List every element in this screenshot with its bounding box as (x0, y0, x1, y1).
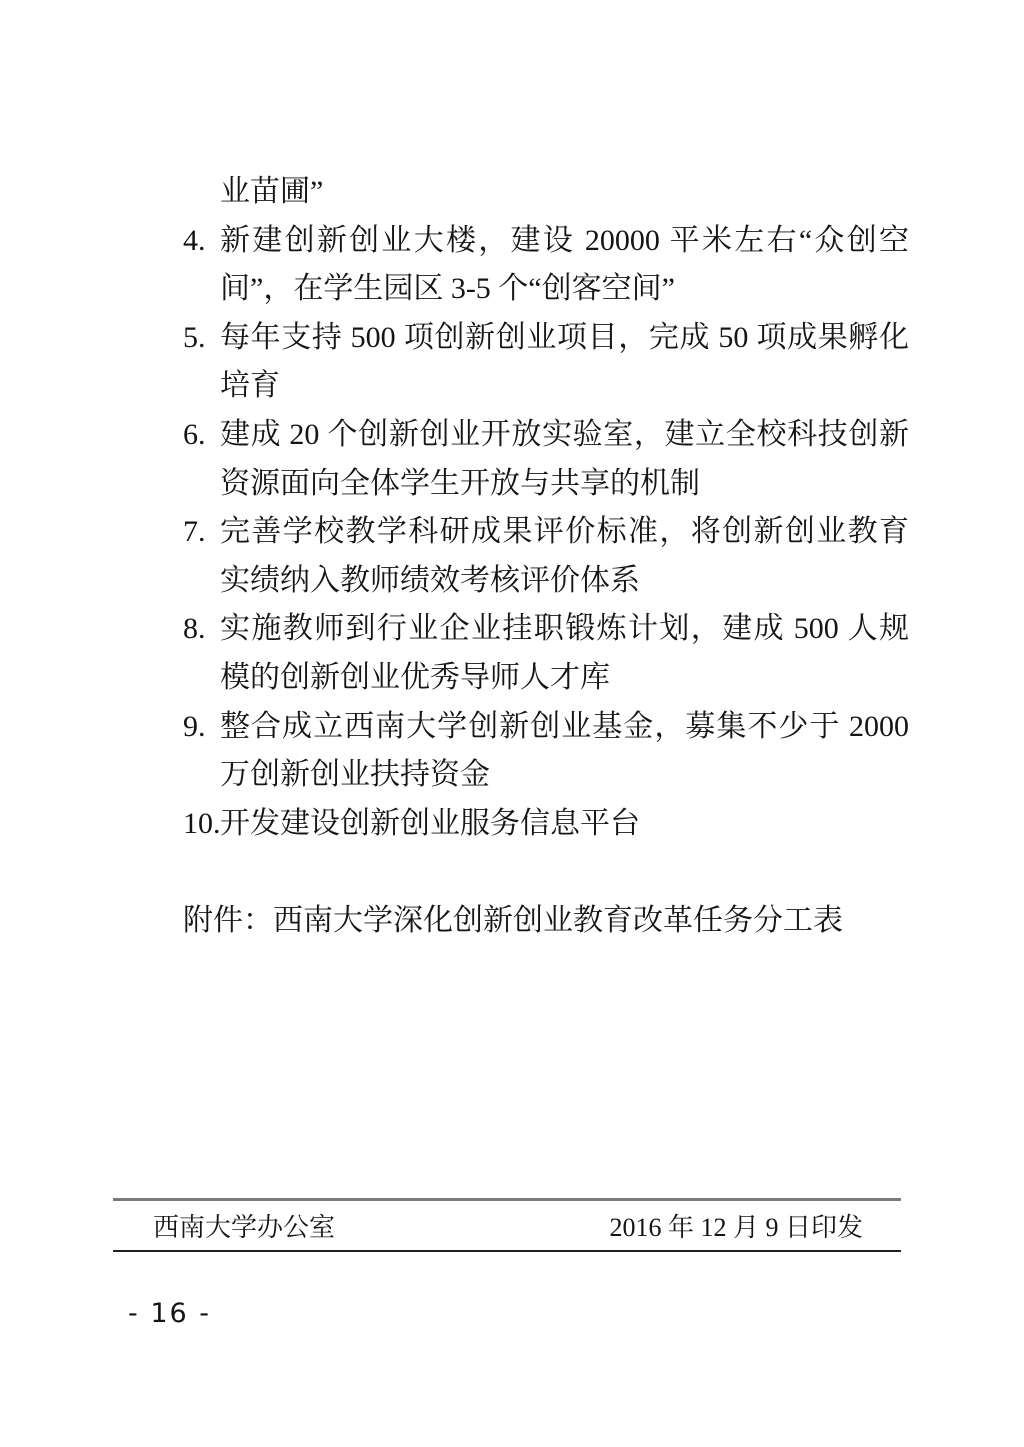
list-item: 7. 完善学校教学科研成果评价标准，将创新创业教育实绩纳入教师绩效考核评价体系 (183, 508, 909, 605)
list-item-text: 新建创新创业大楼，建设 20000 平米左右“众创空间”，在学生园区 3-5 个… (220, 217, 909, 314)
list-item-text: 实施教师到行业企业挂职锻炼计划，建成 500 人规模的创新创业优秀导师人才库 (220, 605, 909, 702)
footer-print-date: 2016 年 12 月 9 日印发 (609, 1207, 863, 1244)
list-item: 9. 整合成立西南大学创新创业基金，募集不少于 2000 万创新创业扶持资金 (183, 703, 909, 800)
list-item-number: 10. (183, 800, 220, 849)
list-item-text: 完善学校教学科研成果评价标准，将创新创业教育实绩纳入教师绩效考核评价体系 (220, 508, 909, 605)
list-item: 8. 实施教师到行业企业挂职锻炼计划，建成 500 人规模的创新创业优秀导师人才… (183, 605, 909, 702)
list-item-continuation: 业苗圃” (183, 168, 909, 217)
list-item-number: 8. (183, 605, 220, 654)
list-item-text: 业苗圃” (220, 168, 909, 217)
list-item-text: 建成 20 个创新创业开放实验室，建立全校科技创新资源面向全体学生开放与共享的机… (220, 411, 909, 508)
list-item: 4. 新建创新创业大楼，建设 20000 平米左右“众创空间”，在学生园区 3-… (183, 217, 909, 314)
list-item-number: 6. (183, 411, 220, 460)
list-item: 5. 每年支持 500 项创新创业项目，完成 50 项成果孵化培育 (183, 314, 909, 411)
footer-issuer: 西南大学办公室 (153, 1207, 335, 1244)
list-item-text: 整合成立西南大学创新创业基金，募集不少于 2000 万创新创业扶持资金 (220, 703, 909, 800)
page-number: - 16 - (128, 1298, 211, 1329)
list-item-number: 4. (183, 217, 220, 266)
list-item-text: 开发建设创新创业服务信息平台 (220, 800, 909, 849)
document-footer: 西南大学办公室 2016 年 12 月 9 日印发 (113, 1198, 901, 1252)
list-item-number: 7. (183, 508, 220, 557)
list-item: 6. 建成 20 个创新创业开放实验室，建立全校科技创新资源面向全体学生开放与共… (183, 411, 909, 508)
list-item-number: 9. (183, 703, 220, 752)
list-item: 10. 开发建设创新创业服务信息平台 (183, 800, 909, 849)
list-item-text: 每年支持 500 项创新创业项目，完成 50 项成果孵化培育 (220, 314, 909, 411)
list-item-number: 5. (183, 314, 220, 363)
body-text: 业苗圃” 4. 新建创新创业大楼，建设 20000 平米左右“众创空间”，在学生… (183, 168, 909, 946)
document-page: 业苗圃” 4. 新建创新创业大楼，建设 20000 平米左右“众创空间”，在学生… (0, 0, 1024, 1447)
attachment-line: 附件：西南大学深化创新创业教育改革任务分工表 (183, 897, 909, 946)
